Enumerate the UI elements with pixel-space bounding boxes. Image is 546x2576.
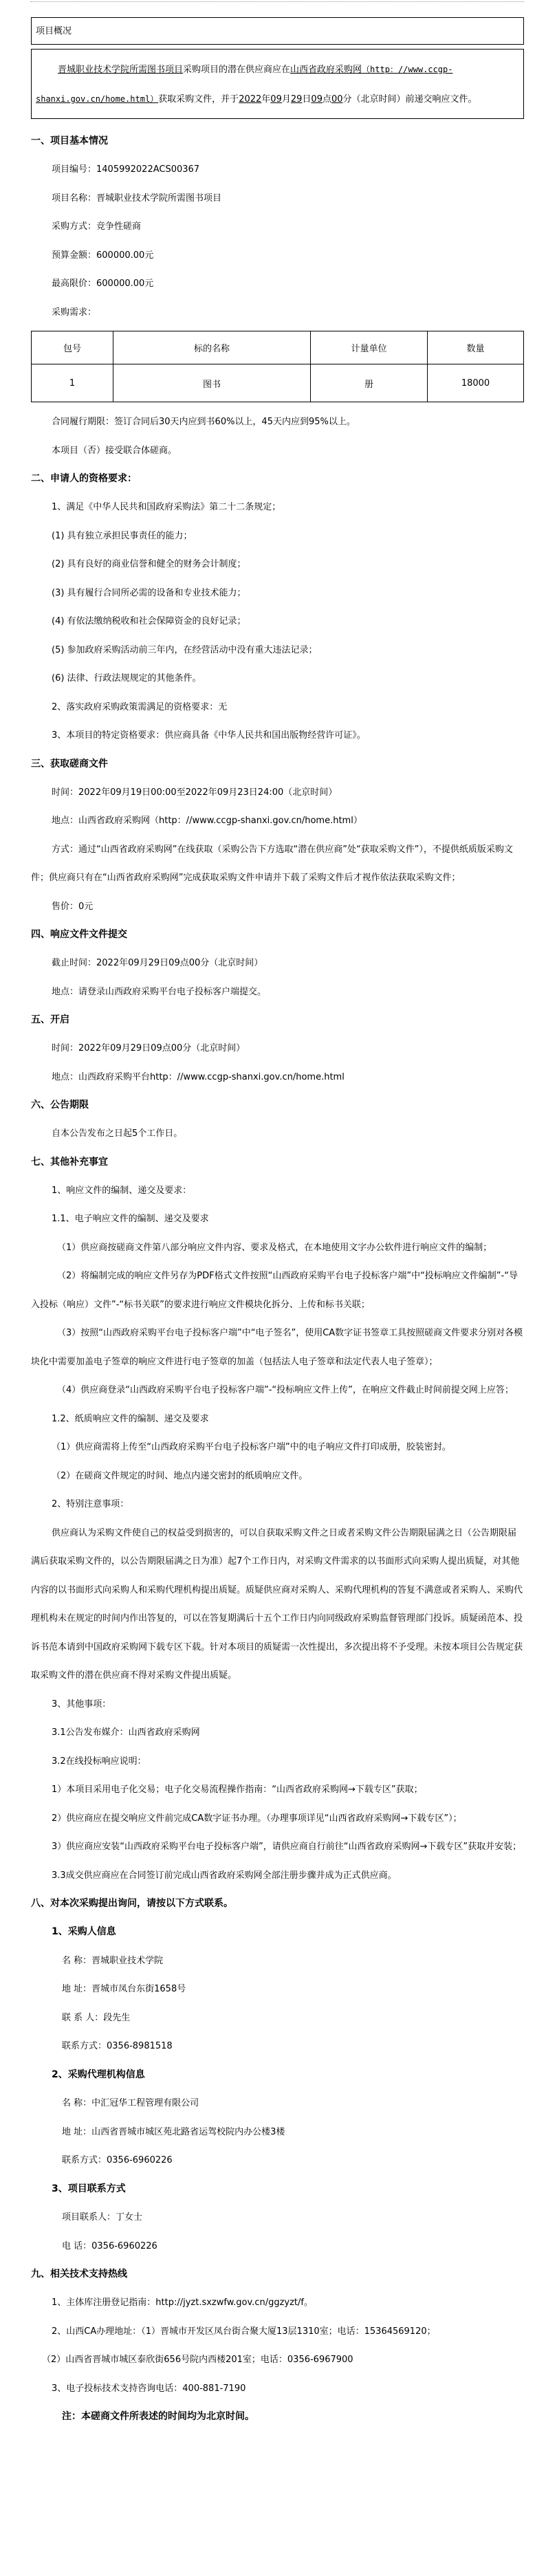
paper-req-1: （1）供应商需将上传至“山西政府采购平台电子投标客户端”中的电子响应文件打印成册… xyxy=(31,1433,524,1462)
acquire-price: 售价：0元 xyxy=(31,893,524,921)
qualification-item: (4) 有依法缴纳税收和社会保障资金的良好记录； xyxy=(31,607,524,636)
buyer-phone: 联系方式：0356-8981518 xyxy=(31,2032,524,2061)
support-line-2b: （2）山西省晋城市城区泰欣街656号院内西楼201室；电话：0356-69679… xyxy=(31,2346,524,2375)
col-package-no: 包号 xyxy=(32,331,113,364)
qualification-item: (2) 具有良好的商业信誉和健全的财务会计制度； xyxy=(31,550,524,579)
qualification-item: 1、满足《中华人民共和国政府采购法》第二十二条规定； xyxy=(31,493,524,522)
support-line-1: 1、主体库注册登记指南：http://jyzt.sxzwfw.gov.cn/gg… xyxy=(31,2289,524,2317)
overview-title: 项目概况 xyxy=(36,26,72,36)
section-5-heading: 五、开启 xyxy=(31,1006,524,1034)
cell-unit: 册 xyxy=(311,364,428,402)
supplement-1-1: 1.1、电子响应文件的编制、递交及要求 xyxy=(31,1205,524,1234)
support-line-3: 3、电子投标技术支持咨询电话：400-881-7190 xyxy=(31,2375,524,2403)
qualification-item: (6) 法律、行政法规规定的其他条件。 xyxy=(31,664,524,693)
time-note: 注：本磋商文件所表述的时间均为北京时间。 xyxy=(31,2403,524,2432)
intro-project-name: 晋城职业技术学院所需图书项目 xyxy=(58,65,183,75)
qualification-item: 3、本项目的特定资格要求：供应商具备《中华人民共和国出版物经营许可证》。 xyxy=(31,721,524,750)
intro-day: 29 xyxy=(291,94,303,105)
project-number: 项目编号：1405992022ACS00367 xyxy=(31,155,524,184)
section-7-heading: 七、其他补充事宜 xyxy=(31,1148,524,1177)
section-9-heading: 九、相关技术支持热线 xyxy=(31,2260,524,2289)
intro-hour: 09 xyxy=(311,94,323,105)
electronic-req-2: （2）将编制完成的响应文件另存为PDF格式文件按照“山西政府采购平台电子投标客户… xyxy=(31,1262,524,1319)
top-divider xyxy=(30,1,524,2)
project-contact-heading: 3、项目联系方式 xyxy=(31,2175,524,2204)
electronic-req-3: （3）按照“山西政府采购平台电子投标客户端”中“电子签名”，使用CA数字证书签章… xyxy=(31,1319,524,1376)
col-quantity: 数量 xyxy=(428,331,524,364)
acquire-place: 地点：山西省政府采购网（http：//www.ccgp-shanxi.gov.c… xyxy=(31,807,524,836)
opening-time: 时间：2022年09月29日09点00分（北京时间） xyxy=(31,1034,524,1063)
buyer-info-heading: 1、采购人信息 xyxy=(31,1918,524,1947)
max-price: 最高限价：600000.00元 xyxy=(31,270,524,298)
procurement-method: 采购方式：竞争性磋商 xyxy=(31,212,524,241)
intro-minute: 00 xyxy=(331,94,343,105)
table-row: 1 图书 册 18000 xyxy=(32,364,524,402)
agency-phone: 联系方式：0356-6960226 xyxy=(31,2146,524,2175)
acquire-method: 方式：通过“山西省政府采购网”在线获取（采购公告下方选取“潜在供应商”处“获取采… xyxy=(31,836,524,893)
intro-year: 2022 xyxy=(239,94,261,105)
cell-item-name: 图书 xyxy=(113,364,311,402)
online-note-1: 1）本项目采用电子化交易；电子化交易流程操作指南：“山西省政府采购网→下载专区”… xyxy=(31,1776,524,1804)
intro-month: 09 xyxy=(270,94,282,105)
agency-address: 地 址：山西省晋城市城区苑北路省运驾校院内办公楼3楼 xyxy=(31,2118,524,2147)
supplement-3: 3、其他事项： xyxy=(31,1690,524,1719)
budget-amount: 预算金额：600000.00元 xyxy=(31,241,524,270)
announcement-document: 项目概况 晋城职业技术学院所需图书项目采购项目的潜在供应商应在山西省政府采购网（… xyxy=(31,17,524,2432)
section-1-heading: 一、项目基本情况 xyxy=(31,127,524,155)
supplement-1-2: 1.2、纸质响应文件的编制、递交及要求 xyxy=(31,1405,524,1434)
qualification-item: 2、落实政府采购政策需满足的资格要求：无 xyxy=(31,693,524,722)
contract-term: 合同履行期限：签订合同后30天内应到书60%以上，45天内应到95%以上。 xyxy=(31,408,524,437)
cell-package-no: 1 xyxy=(32,364,113,402)
qualification-item: (1) 具有独立承担民事责任的能力； xyxy=(31,522,524,551)
section-6-heading: 六、公告期限 xyxy=(31,1091,524,1120)
project-contact-phone: 电 话：0356-6960226 xyxy=(31,2232,524,2261)
intro-text-1: 采购项目的潜在供应商应在 xyxy=(183,65,290,75)
consortium-note: 本项目（否）接受联合体磋商。 xyxy=(31,437,524,466)
content-body: 一、项目基本情况 项目编号：1405992022ACS00367 项目名称：晋城… xyxy=(31,127,524,2432)
supplement-1: 1、响应文件的编制、递交及要求： xyxy=(31,1177,524,1205)
buyer-name: 名 称：晋城职业技术学院 xyxy=(31,1947,524,1976)
acquire-time: 时间：2022年09月19日00:00至2022年09月23日24:00（北京时… xyxy=(31,778,524,807)
buyer-address: 地 址：晋城市凤台东街1658号 xyxy=(31,1975,524,2004)
submit-place: 地点：请登录山西政府采购平台电子投标客户端提交。 xyxy=(31,978,524,1007)
notice-period: 自本公告发布之日起5个工作日。 xyxy=(31,1120,524,1148)
support-line-2: 2、山西CA办理地址：（1）晋城市开发区凤台街合聚大厦13层1310室；电话：1… xyxy=(31,2317,524,2346)
supplement-2: 2、特别注意事项： xyxy=(31,1490,524,1519)
supplement-3-1: 3.1公告发布媒介：山西省政府采购网 xyxy=(31,1718,524,1747)
opening-place: 地点：山西政府采购平台http：//www.ccgp-shanxi.gov.cn… xyxy=(31,1063,524,1092)
section-2-heading: 二、申请人的资格要求： xyxy=(31,465,524,493)
supplement-3-3: 3.3成交供应商应在合同签订前完成山西省政府采购网全部注册步骤并成为正式供应商。 xyxy=(31,1862,524,1890)
overview-title-box: 项目概况 xyxy=(31,17,524,45)
buyer-contact: 联 系 人：段先生 xyxy=(31,2004,524,2033)
electronic-req-1: （1）供应商按磋商文件第八部分响应文件内容、要求及格式，在本地使用文字办公软件进… xyxy=(31,1234,524,1263)
electronic-req-4: （4）供应商登录“山西政府采购平台电子投标客户端”-“投标响应文件上传”，在响应… xyxy=(31,1376,524,1405)
section-3-heading: 三、获取磋商文件 xyxy=(31,750,524,778)
requirements-table: 包号 标的名称 计量单位 数量 1 图书 册 18000 xyxy=(31,331,524,402)
supplement-3-2: 3.2在线投标响应说明： xyxy=(31,1747,524,1776)
col-unit: 计量单位 xyxy=(311,331,428,364)
online-note-2: 2）供应商应在提交响应文件前完成CA数字证书办理。（办理事项详见“山西省政府采购… xyxy=(31,1804,524,1833)
overview-intro-box: 晋城职业技术学院所需图书项目采购项目的潜在供应商应在山西省政府采购网（http：… xyxy=(31,49,524,119)
submit-deadline: 截止时间：2022年09月29日09点00分（北京时间） xyxy=(31,949,524,978)
online-note-3: 3）供应商应安装“山西政府采购平台电子投标客户端”，请供应商自行前往“山西省政府… xyxy=(31,1833,524,1862)
special-notice: 供应商认为采购文件使自己的权益受到损害的，可以自获取采购文件之日或者采购文件公告… xyxy=(31,1519,524,1690)
paper-req-2: （2）在磋商文件规定的时间、地点内递交密封的纸质响应文件。 xyxy=(31,1462,524,1491)
requirements-label: 采购需求： xyxy=(31,298,524,327)
col-item-name: 标的名称 xyxy=(113,331,311,364)
agency-info-heading: 2、采购代理机构信息 xyxy=(31,2061,524,2090)
table-header-row: 包号 标的名称 计量单位 数量 xyxy=(32,331,524,364)
section-4-heading: 四、响应文件文件提交 xyxy=(31,921,524,949)
intro-paragraph: 晋城职业技术学院所需图书项目采购项目的潜在供应商应在山西省政府采购网（http：… xyxy=(36,55,519,114)
qualification-item: (5) 参加政府采购活动前三年内，在经营活动中没有重大违法记录； xyxy=(31,636,524,665)
intro-text-2: 获取采购文件，并于 xyxy=(158,94,239,105)
section-8-heading: 八、对本次采购提出询问，请按以下方式联系。 xyxy=(31,1890,524,1918)
project-name: 项目名称：晋城职业技术学院所需图书项目 xyxy=(31,184,524,213)
agency-name: 名 称：中汇冠华工程管理有限公司 xyxy=(31,2089,524,2118)
qualification-item: (3) 具有履行合同所必需的设备和专业技术能力； xyxy=(31,579,524,608)
cell-quantity: 18000 xyxy=(428,364,524,402)
project-contact-person: 项目联系人：丁女士 xyxy=(31,2203,524,2232)
